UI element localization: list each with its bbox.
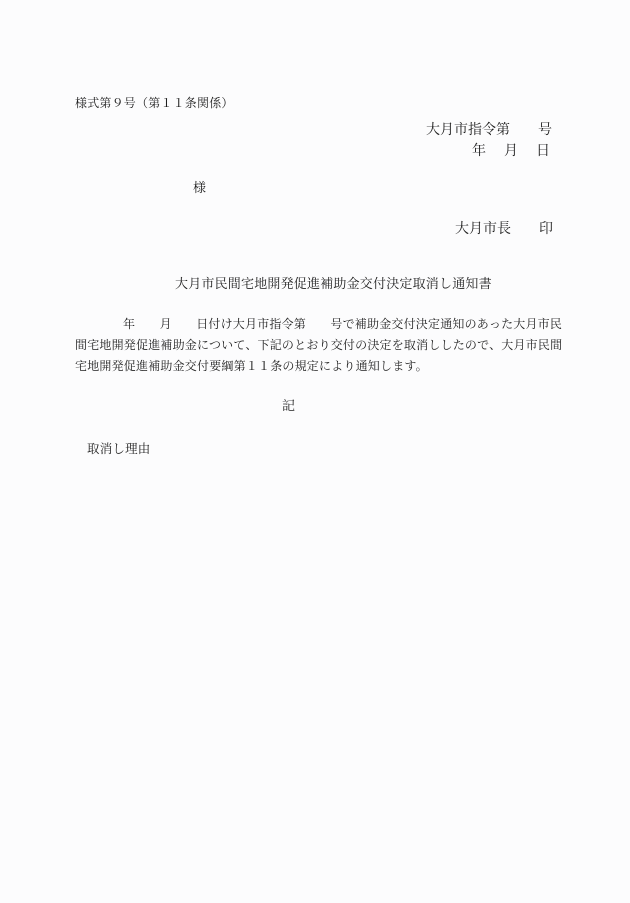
record-marker: 記 (282, 400, 295, 415)
body-paragraph-line-2: 間宅地開発促進補助金について、下記のとおり交付の決定を取消ししたので、大月市民間 (75, 339, 562, 353)
body-paragraph-line-3: 宅地開発促進補助金交付要綱第１１条の規定により通知します。 (75, 360, 428, 374)
body-paragraph-line-1: 年 月 日付け大月市指令第 号で補助金交付決定通知のあった大月市民 (75, 318, 562, 332)
directive-number-line: 大月市指令第 号 (426, 122, 552, 138)
document-title: 大月市民間宅地開発促進補助金交付決定取消し通知書 (175, 278, 492, 293)
document-page: 様式第９号（第１１条関係） 大月市指令第 号 年 月 日 様 大月市長 印 大月… (0, 0, 630, 903)
cancellation-reason-label: 取消し理由 (87, 442, 151, 456)
recipient-honorific: 様 (193, 182, 206, 197)
mayor-seal-line: 大月市長 印 (455, 221, 553, 237)
form-number-label: 様式第９号（第１１条関係） (75, 97, 234, 111)
date-line: 年 月 日 (472, 143, 552, 159)
